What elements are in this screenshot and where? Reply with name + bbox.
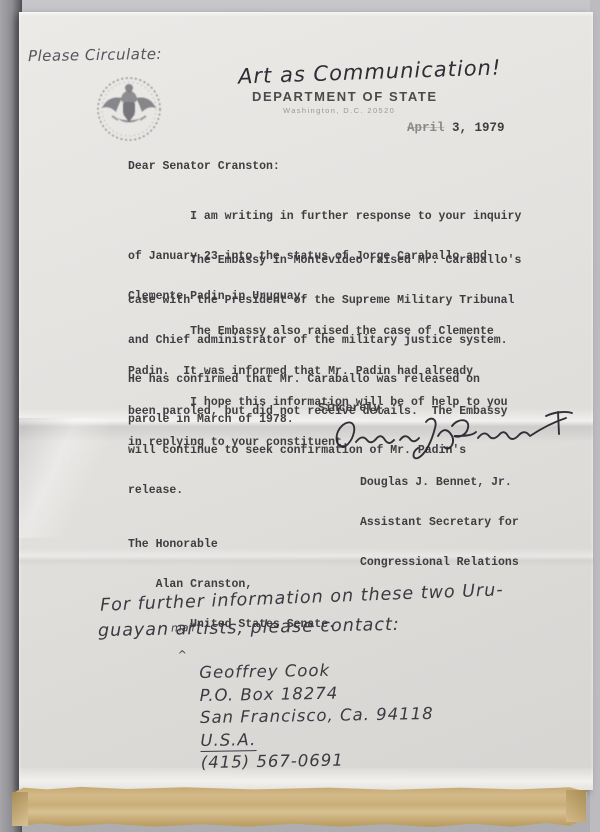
handwritten-please-circulate: Please Circulate:	[28, 45, 162, 65]
letterhead-address: Washington, D.C. 20520	[283, 106, 395, 115]
note-line2-pre: guayan	[98, 620, 170, 641]
handwritten-contact-block: Geoffrey Cook P.O. Box 18274 San Francis…	[199, 658, 435, 775]
note-caret-mark: ^	[178, 648, 188, 661]
letter-date: April 3, 1979	[407, 122, 505, 135]
signer-title-1: Assistant Secretary for	[360, 516, 519, 529]
signer-title-2: Congressional Relations	[360, 556, 519, 569]
letter-date-rest: 3, 1979	[445, 121, 505, 135]
letter-date-month: April	[407, 121, 445, 135]
tape-fold-right	[566, 790, 586, 822]
signer-block: Douglas J. Bennet, Jr. Assistant Secreta…	[360, 450, 519, 595]
contact-phone: (415) 567-0691	[201, 748, 435, 775]
photo-of-letter: Please Circulate: Art as Communication! …	[0, 0, 600, 832]
paper-wrinkle	[19, 418, 109, 538]
contact-country: U.S.A.	[200, 730, 256, 752]
signer-name: Douglas J. Bennet, Jr.	[360, 476, 519, 489]
p2-line: The Embassy in Montevideo raised Mr. Car…	[128, 254, 521, 267]
p3-line: The Embassy also raised the case of Clem…	[128, 325, 508, 338]
salutation: Dear Senator Cranston:	[128, 160, 280, 173]
note-insert-word: mail	[171, 621, 195, 634]
tape-fold-left	[12, 792, 28, 826]
addressee-honorable: The Honorable	[128, 538, 335, 551]
letterhead-department-of-state: DEPARTMENT OF STATE	[252, 89, 438, 104]
great-seal-eagle-stamp-icon	[94, 72, 164, 144]
p1-line: I am writing in further response to your…	[128, 210, 521, 223]
masking-tape-strip	[12, 786, 587, 828]
contact-city: San Francisco, Ca. 94118	[200, 703, 434, 730]
